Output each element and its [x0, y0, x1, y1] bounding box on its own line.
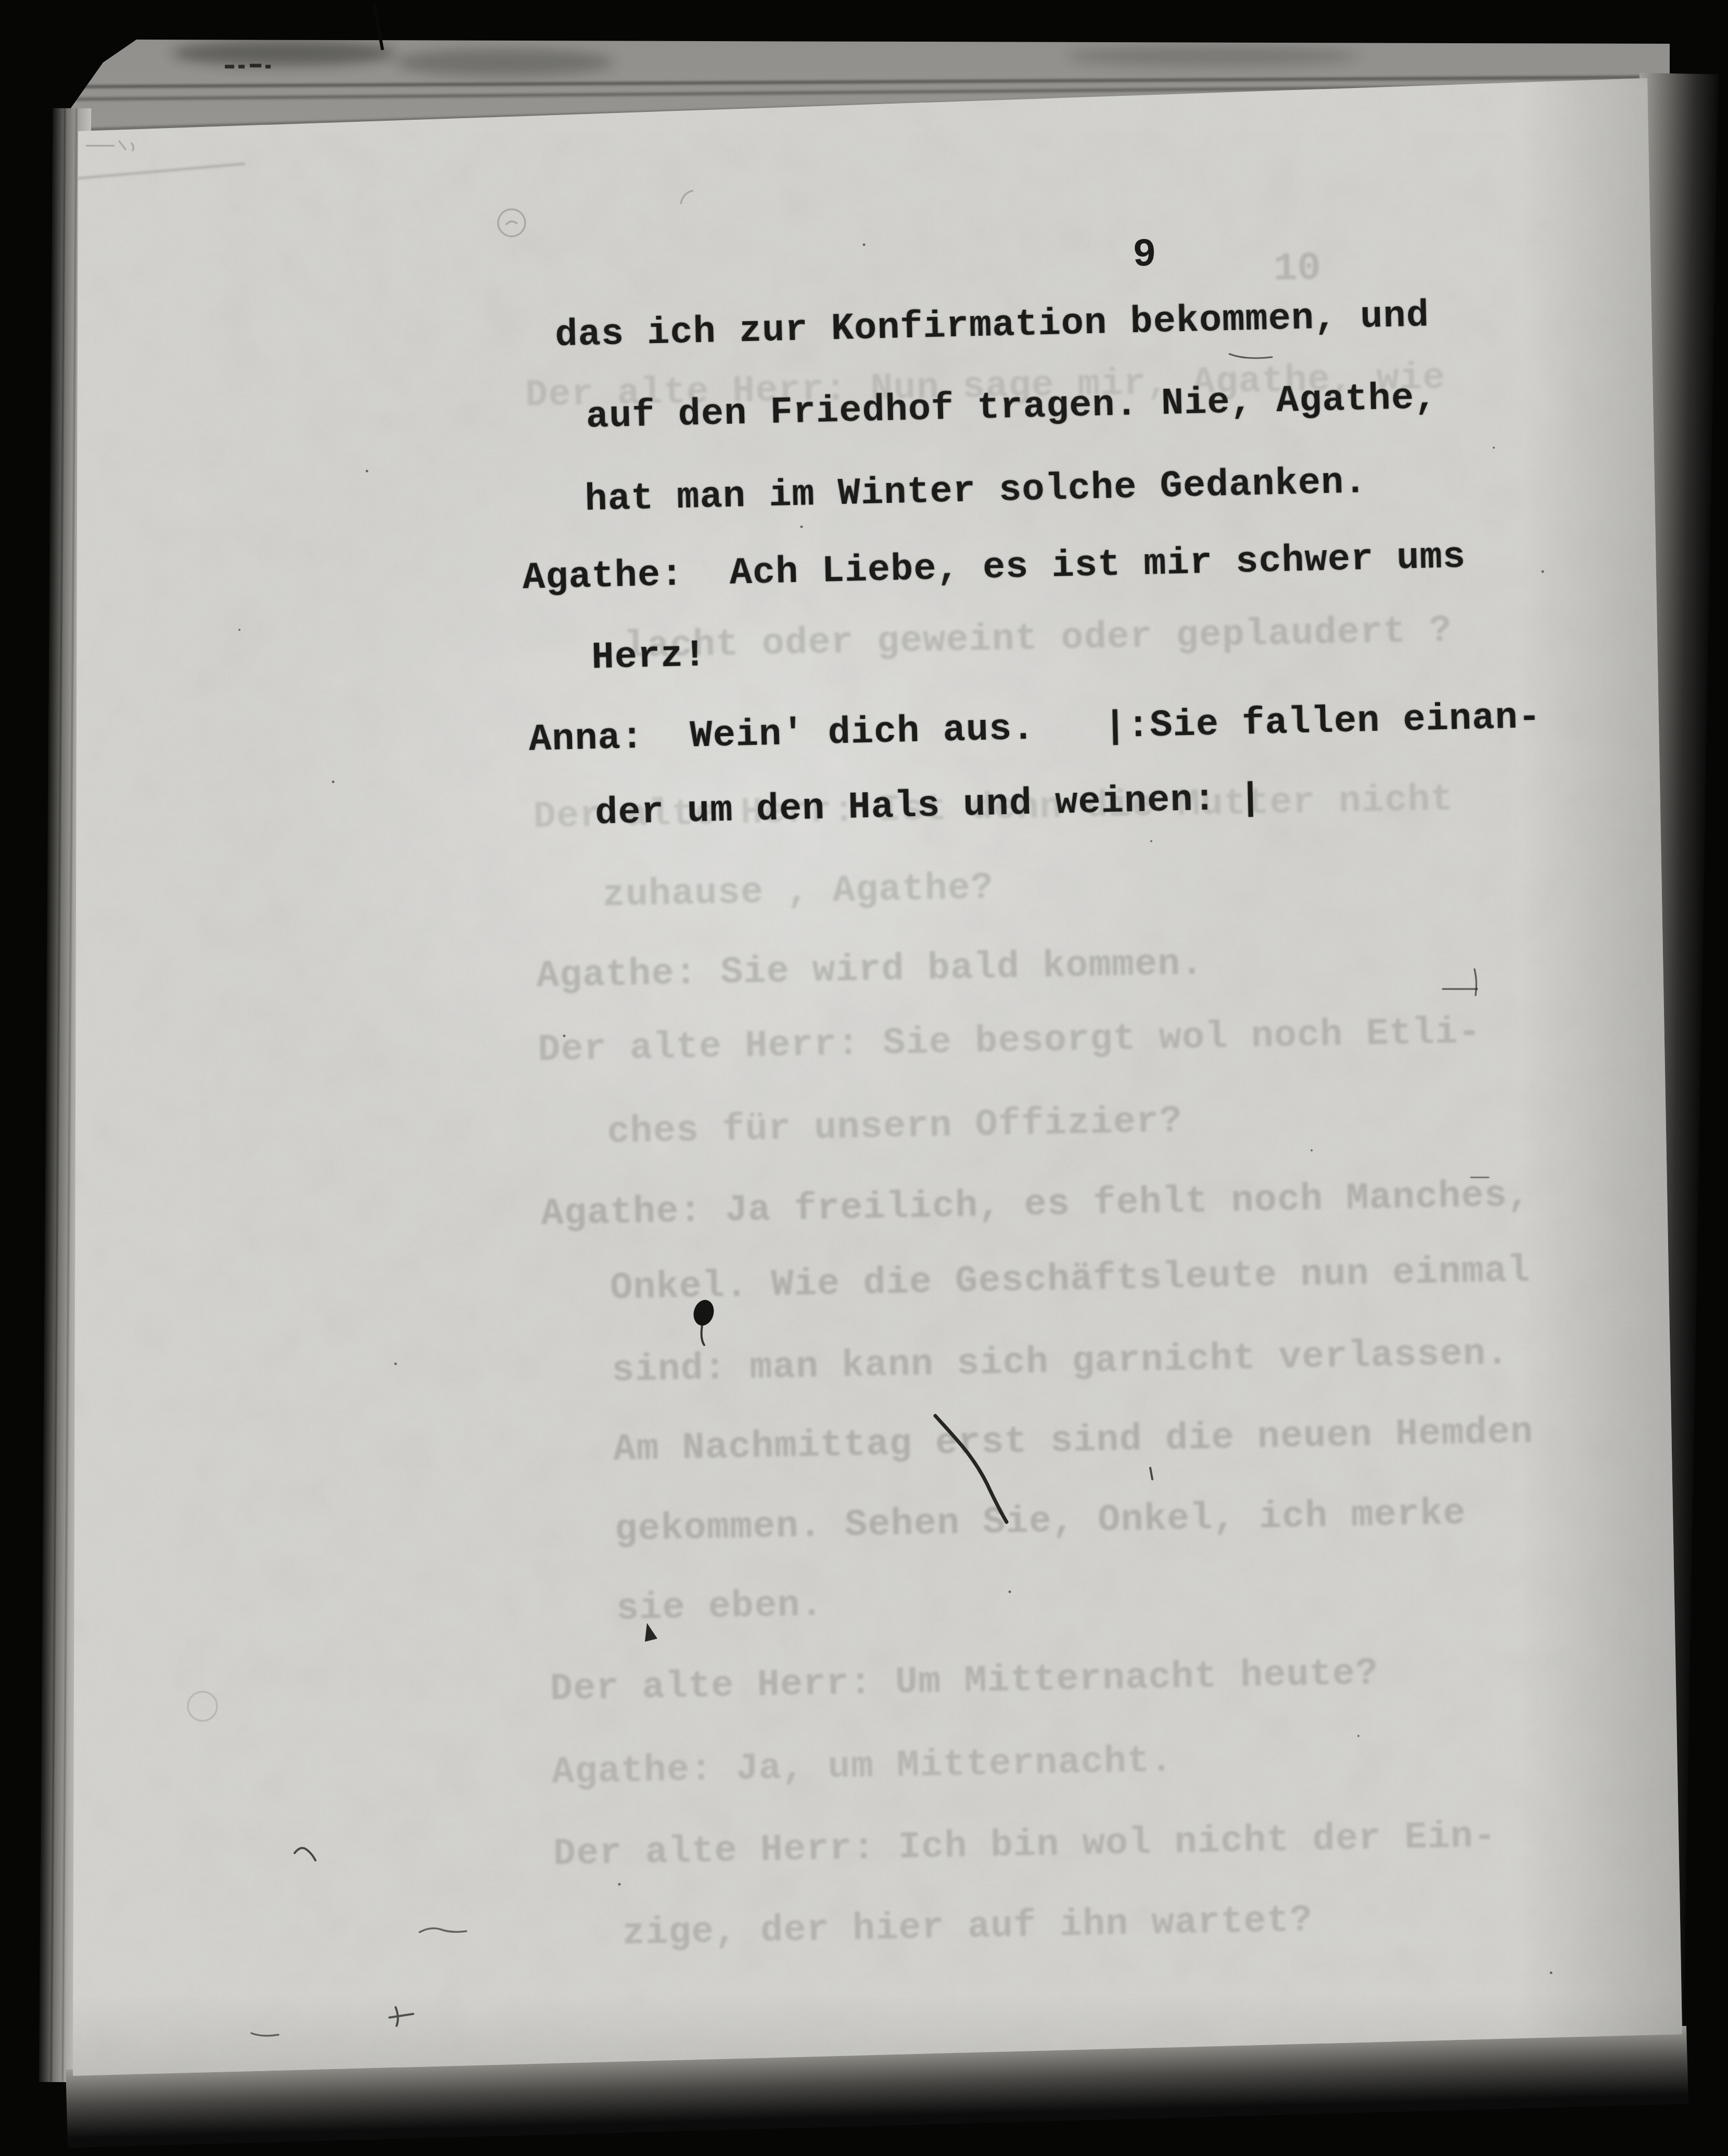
- paper-grain: [0, 0, 1728, 2145]
- pencil-stroke: [20, 0, 239, 27]
- manuscript-page: 10 Der alte Herr: Nun sage mir, Agathe, …: [0, 0, 1728, 2145]
- sheet-edge-shadow: [396, 49, 614, 76]
- sheet-edge-shadow: [1067, 46, 1358, 67]
- scanned-document: 10 Der alte Herr: Nun sage mir, Agathe, …: [0, 0, 1728, 2145]
- sheet-edge-shadow: [172, 41, 396, 66]
